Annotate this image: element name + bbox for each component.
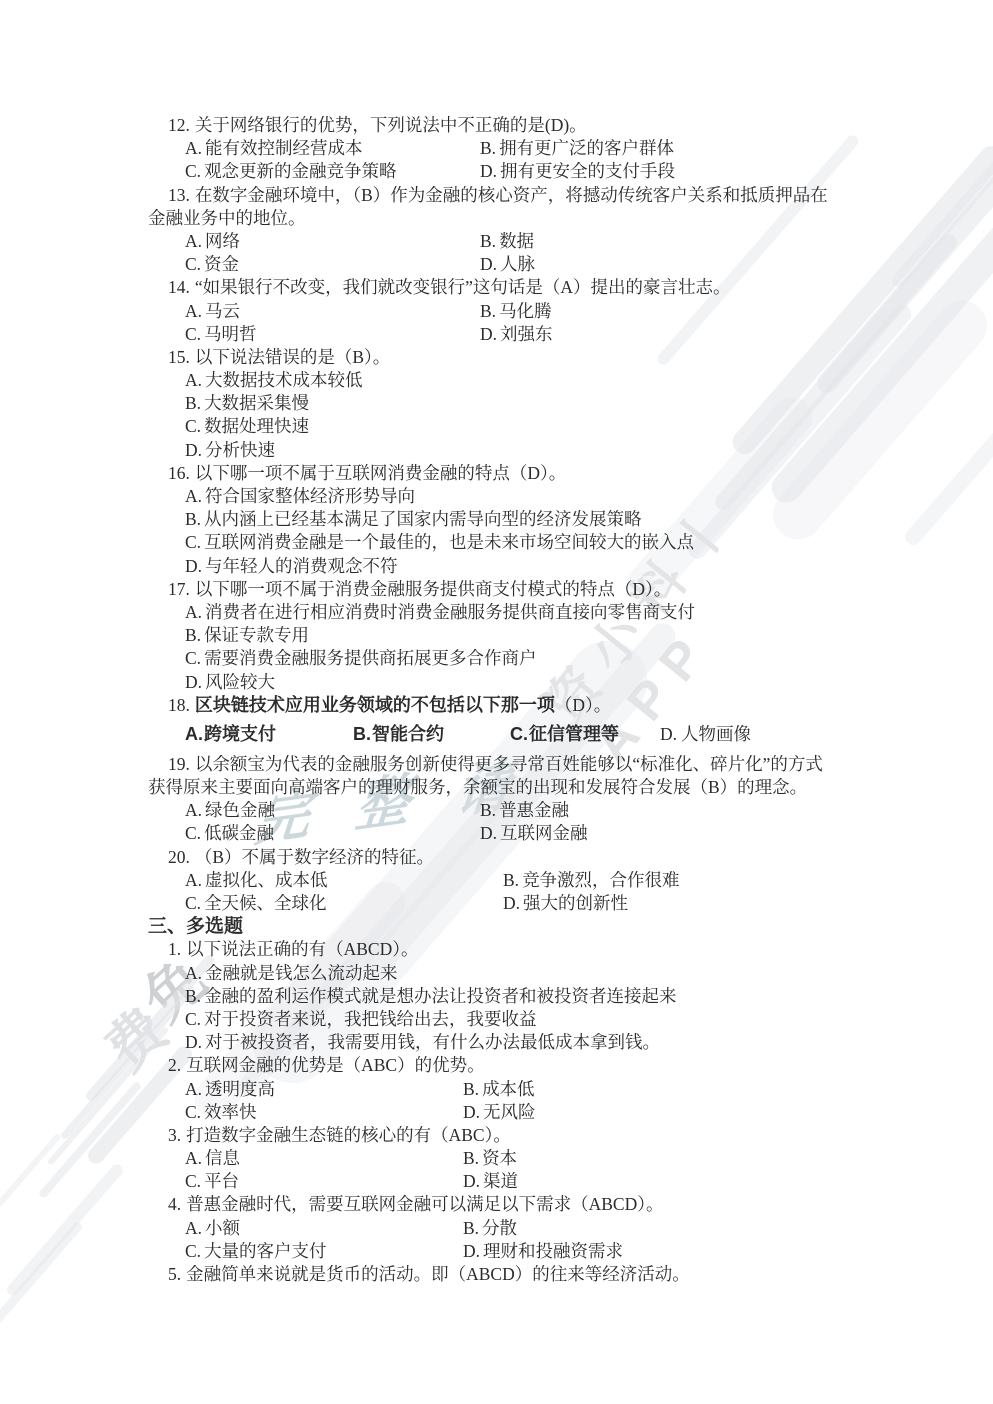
question-number: 17. xyxy=(168,579,190,599)
option-text: 互联网金融 xyxy=(500,823,588,843)
option-label: A. xyxy=(185,602,202,622)
option-text: 数据处理快速 xyxy=(204,416,309,436)
option-row: C.全天候、全球化D.强大的创新性 xyxy=(148,892,878,915)
question-stem: 19.以余额宝为代表的金融服务创新使得更多寻常百姓能够以“标准化、碎片化”的方式 xyxy=(148,753,878,776)
option-row: C.大量的客户支付D.理财和投融资需求 xyxy=(148,1240,878,1263)
option: B.成本低 xyxy=(463,1078,535,1101)
question-stem: 18.区块链技术应用业务领域的不包括以下那一项（D）。 xyxy=(148,694,878,717)
option-text: 无风险 xyxy=(483,1102,536,1122)
question-number: 18. xyxy=(168,695,190,715)
option-text: 从内涵上已经基本满足了国家内需导向型的经济发展策略 xyxy=(204,509,642,529)
option: D.分析快速 xyxy=(148,439,878,462)
option-text: 数据 xyxy=(499,231,534,251)
option-label: B. xyxy=(480,301,496,321)
option-label: A. xyxy=(185,1079,202,1099)
watermark-streak xyxy=(5,1162,126,1298)
option: C.低碳金融 xyxy=(185,823,274,843)
option: D.刘强东 xyxy=(480,323,553,346)
question-stem: 1.以下说法正确的有（ABCD）。 xyxy=(148,938,878,961)
option-label: C. xyxy=(185,532,201,552)
question-number: 12. xyxy=(168,115,190,135)
option-label: D. xyxy=(660,724,677,744)
option-text: 金融的盈利运作模式就是想办法让投资者和被投资者连接起来 xyxy=(204,986,677,1006)
watermark-streak xyxy=(0,1133,62,1228)
option-label: C. xyxy=(185,161,201,181)
option: C.对于投资者来说，我把钱给出去，我要收益 xyxy=(148,1008,878,1031)
option-label: C. xyxy=(185,1102,201,1122)
option-row: C.马明哲D.刘强东 xyxy=(148,323,878,346)
option: D.人脉 xyxy=(480,253,535,276)
option: B.数据 xyxy=(480,230,534,253)
page: 资小料丨APP 完整请 免 费 12.关于网络银行的优势，下列说法中不正确的是(… xyxy=(0,0,993,1404)
option: A.符合国家整体经济形势导向 xyxy=(148,485,878,508)
option: B.拥有更广泛的客户群体 xyxy=(480,137,674,160)
option-label: C. xyxy=(185,416,201,436)
option: C.效率快 xyxy=(185,1102,257,1122)
option-label: D. xyxy=(480,823,497,843)
question-number: 20. xyxy=(168,847,190,867)
option: C.资金 xyxy=(185,254,239,274)
option-row: C.平台D.渠道 xyxy=(148,1170,878,1193)
option-label: B. xyxy=(503,870,519,890)
option-label: C. xyxy=(185,1171,201,1191)
option: B.马化腾 xyxy=(480,300,552,323)
option-text: 成本低 xyxy=(482,1079,535,1099)
option-label: D. xyxy=(463,1171,480,1191)
option-row: C.效率快D.无风险 xyxy=(148,1101,878,1124)
option: C.征信管理等 xyxy=(510,723,619,746)
watermark-streak xyxy=(0,1220,84,1324)
option-row: A.绿色金融B.普惠金融 xyxy=(148,799,878,822)
option-label: B. xyxy=(463,1148,479,1168)
option-label: B. xyxy=(480,138,496,158)
option-row: C.低碳金融D.互联网金融 xyxy=(148,822,878,845)
option-text: 刘强东 xyxy=(500,324,553,344)
option-text: 大量的客户支付 xyxy=(204,1241,327,1261)
option-text: 大数据采集慢 xyxy=(204,393,309,413)
option: A.金融就是钱怎么流动起来 xyxy=(148,962,878,985)
question-stem-text: 普惠金融时代，需要互联网金融可以满足以下需求（ABCD）。 xyxy=(186,1194,663,1214)
question-number: 13. xyxy=(168,185,190,205)
question-stem-continued: 金融业务中的地位。 xyxy=(148,207,878,230)
option-text: 对于被投资者，我需要用钱，有什么办法最低成本拿到钱。 xyxy=(205,1032,660,1052)
option-label: A. xyxy=(185,138,202,158)
option-text: 绿色金融 xyxy=(205,800,275,820)
option-text: 理财和投融资需求 xyxy=(483,1241,623,1261)
option-label: B. xyxy=(480,800,496,820)
option-row: C.观念更新的金融竞争策略D.拥有更安全的支付手段 xyxy=(148,160,878,183)
option-label: B. xyxy=(463,1218,479,1238)
option-text: 马云 xyxy=(205,301,240,321)
option-text: 平台 xyxy=(204,1171,239,1191)
option: A.小额 xyxy=(185,1218,240,1238)
option-label: D. xyxy=(185,672,202,692)
option-text: 分析快速 xyxy=(205,440,275,460)
option-label: D. xyxy=(480,161,497,181)
option: C.需要消费金融服务提供商拓展更多合作商户 xyxy=(148,647,878,670)
option-label: A. xyxy=(185,724,203,744)
question-stem-text: 以下哪一项不属于消费金融服务提供商支付模式的特点（D）。 xyxy=(195,579,671,599)
question-stem: 2.互联网金融的优势是（ABC）的优势。 xyxy=(148,1054,878,1077)
option: B.保证专款专用 xyxy=(148,624,878,647)
question-stem-text: 以下说法正确的有（ABCD）。 xyxy=(186,939,418,959)
option-text: 消费者在进行相应消费时消费金融服务提供商直接向零售商支付 xyxy=(205,602,695,622)
option: D.风险较大 xyxy=(148,671,878,694)
option-label: D. xyxy=(480,254,497,274)
option-text: 马化腾 xyxy=(499,301,552,321)
option-text: 观念更新的金融竞争策略 xyxy=(204,161,397,181)
option: B.金融的盈利运作模式就是想办法让投资者和被投资者连接起来 xyxy=(148,985,878,1008)
option-label: C. xyxy=(185,648,201,668)
option-text: 人物画像 xyxy=(681,724,751,744)
option-text: 风险较大 xyxy=(205,672,275,692)
section-header: 三、多选题 xyxy=(148,915,878,938)
question-stem-text: 在数字金融环境中，（B）作为金融的核心资产，将撼动传统客户关系和抵质押品在 xyxy=(195,185,828,205)
question-number: 4. xyxy=(168,1194,181,1214)
option-text: 对于投资者来说，我把钱给出去，我要收益 xyxy=(204,1009,537,1029)
option-text: 保证专款专用 xyxy=(204,625,309,645)
question-stem: 20.（B）不属于数字经济的特征。 xyxy=(148,846,878,869)
option-text: 渠道 xyxy=(483,1171,518,1191)
option-text: 资金 xyxy=(204,254,239,274)
question-stem-text: （B）不属于数字经济的特征。 xyxy=(195,847,434,867)
question-number: 16. xyxy=(168,463,190,483)
option: C.数据处理快速 xyxy=(148,415,878,438)
question-stem-text: 区块链技术应用业务领域的不包括以下那一项 xyxy=(195,695,555,715)
option-label: D. xyxy=(185,1032,202,1052)
option-row: A.透明度高B.成本低 xyxy=(148,1078,878,1101)
option-text: 效率快 xyxy=(204,1102,257,1122)
option-label: D. xyxy=(480,324,497,344)
option-row: A.能有效控制经营成本B.拥有更广泛的客户群体 xyxy=(148,137,878,160)
option-label: A. xyxy=(185,486,202,506)
option-text: 网络 xyxy=(205,231,240,251)
option-label: C. xyxy=(185,1009,201,1029)
option-text: 符合国家整体经济形势导向 xyxy=(205,486,415,506)
option-label: B. xyxy=(185,625,201,645)
question-stem-text: 以下说法错误的是（B）。 xyxy=(195,347,390,367)
option-text: 信息 xyxy=(205,1148,240,1168)
option-text: 马明哲 xyxy=(204,324,257,344)
option-label: D. xyxy=(185,440,202,460)
option-text: 小额 xyxy=(205,1218,240,1238)
option-label: A. xyxy=(185,370,202,390)
question-stem-continued: 获得原来主要面向高端客户的理财服务，余额宝的出现和发展符合发展（B）的理念。 xyxy=(148,776,878,799)
option: C.平台 xyxy=(185,1171,239,1191)
option-row: A.马云B.马化腾 xyxy=(148,300,878,323)
option: B.从内涵上已经基本满足了国家内需导向型的经济发展策略 xyxy=(148,508,878,531)
question-number: 14. xyxy=(168,277,190,297)
question-stem: 15.以下说法错误的是（B）。 xyxy=(148,346,878,369)
option-label: A. xyxy=(185,301,202,321)
option: C.马明哲 xyxy=(185,324,257,344)
option-label: B. xyxy=(480,231,496,251)
document-content: 12.关于网络银行的优势，下列说法中不正确的是(D)。A.能有效控制经营成本B.… xyxy=(148,114,878,1286)
option: D.互联网金融 xyxy=(480,822,588,845)
question-stem: 16.以下哪一项不属于互联网消费金融的特点（D）。 xyxy=(148,462,878,485)
option-text: 智能合约 xyxy=(372,724,444,744)
option-label: C. xyxy=(185,893,201,913)
option: A.信息 xyxy=(185,1148,240,1168)
option-label: C. xyxy=(185,254,201,274)
watermark-streak xyxy=(902,372,993,549)
option-text: 拥有更安全的支付手段 xyxy=(500,161,675,181)
option-text: 人脉 xyxy=(500,254,535,274)
option: D.强大的创新性 xyxy=(503,892,628,915)
option: A.能有效控制经营成本 xyxy=(185,138,363,158)
option-text: 虚拟化、成本低 xyxy=(205,870,328,890)
option-label: A. xyxy=(185,963,202,983)
question-stem: 14.“如果银行不改变，我们就改变银行”这句话是（A）提出的豪言壮志。 xyxy=(148,276,878,299)
option-label: B. xyxy=(463,1079,479,1099)
question-stem-text: “如果银行不改变，我们就改变银行”这句话是（A）提出的豪言壮志。 xyxy=(195,277,731,297)
option: D.无风险 xyxy=(463,1101,536,1124)
option-text: 全天候、全球化 xyxy=(204,893,327,913)
option: B.竞争激烈，合作很难 xyxy=(503,869,680,892)
option-text: 金融就是钱怎么流动起来 xyxy=(205,963,398,983)
question-number: 1. xyxy=(168,939,181,959)
option-row: A.跨境支付B.智能合约C.征信管理等D.人物画像 xyxy=(148,723,878,747)
option-text: 资本 xyxy=(482,1148,517,1168)
question-number: 19. xyxy=(168,754,190,774)
question-stem-text: 打造数字金融生态链的核心的有（ABC）。 xyxy=(186,1125,511,1145)
option-text: 大数据技术成本较低 xyxy=(205,370,363,390)
option-label: A. xyxy=(185,1218,202,1238)
option-row: A.虚拟化、成本低B.竞争激烈，合作很难 xyxy=(148,869,878,892)
option: C.观念更新的金融竞争策略 xyxy=(185,161,397,181)
question-number: 3. xyxy=(168,1125,181,1145)
option: C.大量的客户支付 xyxy=(185,1241,327,1261)
option: B.分散 xyxy=(463,1217,517,1240)
option: B.普惠金融 xyxy=(480,799,569,822)
option-label: B. xyxy=(185,393,201,413)
option: D.对于被投资者，我需要用钱，有什么办法最低成本拿到钱。 xyxy=(148,1031,878,1054)
option-text: 征信管理等 xyxy=(529,724,619,744)
option-text: 分散 xyxy=(482,1218,517,1238)
question-stem: 5.金融简单来说就是货币的活动。即（ABCD）的往来等经济活动。 xyxy=(148,1263,878,1286)
option: B.大数据采集慢 xyxy=(148,392,878,415)
option-label: B. xyxy=(185,509,201,529)
question-stem-text: 以下哪一项不属于互联网消费金融的特点（D）。 xyxy=(195,463,566,483)
option-label: C. xyxy=(185,1241,201,1261)
option: D.渠道 xyxy=(463,1170,518,1193)
option: D.理财和投融资需求 xyxy=(463,1240,623,1263)
option-label: A. xyxy=(185,231,202,251)
option-text: 普惠金融 xyxy=(499,800,569,820)
option-label: B. xyxy=(185,986,201,1006)
option-label: A. xyxy=(185,800,202,820)
question-stem: 13.在数字金融环境中，（B）作为金融的核心资产，将撼动传统客户关系和抵质押品在 xyxy=(148,184,878,207)
question-stem: 4.普惠金融时代，需要互联网金融可以满足以下需求（ABCD）。 xyxy=(148,1193,878,1216)
option-text: 能有效控制经营成本 xyxy=(205,138,363,158)
question-stem: 12.关于网络银行的优势，下列说法中不正确的是(D)。 xyxy=(148,114,878,137)
question-stem-text: 互联网金融的优势是（ABC）的优势。 xyxy=(186,1055,484,1075)
option-text: 互联网消费金融是一个最佳的，也是未来市场空间较大的嵌入点 xyxy=(204,532,694,552)
option-text: 竞争激烈，合作很难 xyxy=(522,870,680,890)
option-text: 拥有更广泛的客户群体 xyxy=(499,138,674,158)
option-text: 与年轻人的消费观念不符 xyxy=(205,556,398,576)
option-label: C. xyxy=(510,724,528,744)
question-stem: 3.打造数字金融生态链的核心的有（ABC）。 xyxy=(148,1124,878,1147)
option: D.人物画像 xyxy=(660,723,751,746)
option-text: 透明度高 xyxy=(205,1079,275,1099)
option-text: 需要消费金融服务提供商拓展更多合作商户 xyxy=(204,648,537,668)
question-stem: 17.以下哪一项不属于消费金融服务提供商支付模式的特点（D）。 xyxy=(148,578,878,601)
option-text: 跨境支付 xyxy=(204,724,276,744)
question-stem-text: 金融简单来说就是货币的活动。即（ABCD）的往来等经济活动。 xyxy=(186,1264,690,1284)
option: A.马云 xyxy=(185,301,240,321)
option-text: 低碳金融 xyxy=(204,823,274,843)
option: C.全天候、全球化 xyxy=(185,893,327,913)
option: A.大数据技术成本较低 xyxy=(148,369,878,392)
option-label: B. xyxy=(353,724,371,744)
option-label: A. xyxy=(185,1148,202,1168)
option-row: C.资金D.人脉 xyxy=(148,253,878,276)
option: C.互联网消费金融是一个最佳的，也是未来市场空间较大的嵌入点 xyxy=(148,531,878,554)
option: D.拥有更安全的支付手段 xyxy=(480,160,675,183)
option-text: 强大的创新性 xyxy=(523,893,628,913)
option: A.跨境支付 xyxy=(185,723,276,746)
watermark-streak xyxy=(38,1081,142,1199)
option-row: A.小额B.分散 xyxy=(148,1217,878,1240)
question-number: 15. xyxy=(168,347,190,367)
option: A.透明度高 xyxy=(185,1079,275,1099)
option: B.资本 xyxy=(463,1147,517,1170)
watermark-streak xyxy=(889,130,993,290)
question-stem-text: 关于网络银行的优势，下列说法中不正确的是(D)。 xyxy=(195,115,587,135)
option-row: A.信息B.资本 xyxy=(148,1147,878,1170)
option: A.绿色金融 xyxy=(185,800,275,820)
option: A.虚拟化、成本低 xyxy=(185,870,328,890)
option-label: D. xyxy=(463,1102,480,1122)
question-number: 5. xyxy=(168,1264,181,1284)
option-label: C. xyxy=(185,324,201,344)
option: A.网络 xyxy=(185,231,240,251)
option-label: C. xyxy=(185,823,201,843)
option: B.智能合约 xyxy=(353,723,444,746)
option-label: A. xyxy=(185,870,202,890)
option-row: A.网络B.数据 xyxy=(148,230,878,253)
question-number: 2. xyxy=(168,1055,181,1075)
question-answer: （D）。 xyxy=(555,695,611,715)
option: D.与年轻人的消费观念不符 xyxy=(148,555,878,578)
option: A.消费者在进行相应消费时消费金融服务提供商直接向零售商支付 xyxy=(148,601,878,624)
option-label: D. xyxy=(503,893,520,913)
question-stem-text: 以余额宝为代表的金融服务创新使得更多寻常百姓能够以“标准化、碎片化”的方式 xyxy=(195,754,823,774)
option-label: D. xyxy=(185,556,202,576)
option-label: D. xyxy=(463,1241,480,1261)
